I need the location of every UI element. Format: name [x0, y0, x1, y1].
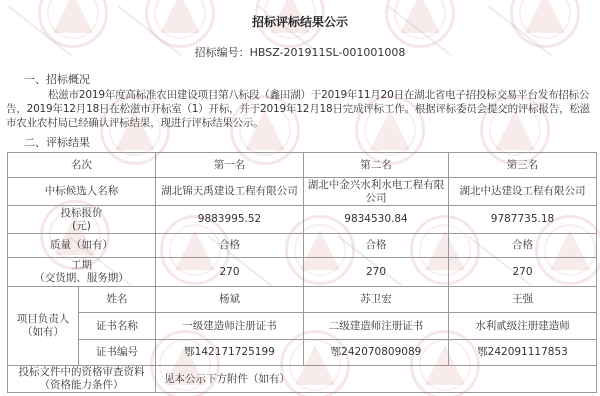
- candidate-first: 湖北锦天禹建设工程有限公司: [156, 178, 304, 206]
- cert-no-third: 鄂242091117853: [449, 340, 597, 366]
- table-row-manager-name: 项目负责人（如有） 姓名 杨斌 苏卫宏 王强: [8, 287, 597, 313]
- table-row-candidate: 中标候选人名称 湖北锦天禹建设工程有限公司 湖北中金兴水利水电工程有限公司 湖北…: [8, 178, 597, 206]
- price-label-line2: (元): [10, 220, 153, 233]
- manager-name-label: 姓名: [79, 287, 156, 313]
- table-row-cert-name: 证书名称 一级建造师注册证书 二级建造师注册证书 水利贰级注册建造师: [8, 313, 597, 340]
- header-first: 第一名: [156, 153, 304, 178]
- price-third: 9787735.18: [449, 206, 597, 234]
- cert-no-label: 证书编号: [79, 340, 156, 366]
- price-label: 投标报价(元): [8, 206, 156, 234]
- table-row-qualification: 投标文件中的资格审查资料（资格能力条件） 见本公示下方附件（如有）: [8, 366, 597, 393]
- qualification-value: 见本公示下方附件（如有）: [156, 366, 597, 393]
- period-label-line2: （交货期、服务期）: [10, 272, 153, 285]
- section-heading-overview: 一、招标概况: [24, 71, 90, 87]
- cert-no-first: 鄂142171725199: [156, 340, 304, 366]
- candidate-label: 中标候选人名称: [8, 178, 156, 206]
- price-second: 9834530.84: [304, 206, 449, 234]
- table-row-quality: 质量（如有） 合格 合格 合格: [8, 234, 597, 258]
- period-second: 270: [304, 258, 449, 287]
- qualification-label-line1: 投标文件中的资格审查资料: [10, 366, 153, 379]
- quality-label: 质量（如有）: [8, 234, 156, 258]
- manager-name-second: 苏卫宏: [304, 287, 449, 313]
- bid-code: 招标编号：HBSZ-201911SL-001001008: [0, 44, 600, 60]
- table-row-header: 名次 第一名 第二名 第三名: [8, 153, 597, 178]
- quality-second: 合格: [304, 234, 449, 258]
- cert-name-second: 二级建造师注册证书: [304, 313, 449, 340]
- bid-code-label: 招标编号：: [195, 46, 250, 59]
- page-title: 招标评标结果公示: [0, 13, 600, 30]
- period-third: 270: [449, 258, 597, 287]
- cert-name-third: 水利贰级注册建造师: [449, 313, 597, 340]
- bid-code-value: HBSZ-201911SL-001001008: [250, 46, 406, 59]
- price-label-line1: 投标报价: [10, 207, 153, 220]
- manager-name-first: 杨斌: [156, 287, 304, 313]
- qualification-label-line2: （资格能力条件）: [10, 379, 153, 392]
- header-rank-label: 名次: [8, 153, 156, 178]
- header-second: 第二名: [304, 153, 449, 178]
- candidate-third: 湖北中达建设工程有限公司: [449, 178, 597, 206]
- period-label-line1: 工期: [10, 259, 153, 272]
- header-third: 第三名: [449, 153, 597, 178]
- table-row-cert-no: 证书编号 鄂142171725199 鄂242070809089 鄂242091…: [8, 340, 597, 366]
- quality-third: 合格: [449, 234, 597, 258]
- quality-first: 合格: [156, 234, 304, 258]
- overview-paragraph: 松滋市2019年度高标准农田建设项目第八标段（鑫田湖）于2019年11月20日在…: [6, 88, 596, 130]
- candidate-second: 湖北中金兴水利水电工程有限公司: [304, 178, 449, 206]
- period-first: 270: [156, 258, 304, 287]
- table-row-period: 工期（交货期、服务期） 270 270 270: [8, 258, 597, 287]
- cert-no-second: 鄂242070809089: [304, 340, 449, 366]
- table-row-price: 投标报价(元) 9883995.52 9834530.84 9787735.18: [8, 206, 597, 234]
- price-first: 9883995.52: [156, 206, 304, 234]
- section-heading-results: 二、评标结果: [24, 134, 90, 150]
- period-label: 工期（交货期、服务期）: [8, 258, 156, 287]
- qualification-label: 投标文件中的资格审查资料（资格能力条件）: [8, 366, 156, 393]
- cert-name-first: 一级建造师注册证书: [156, 313, 304, 340]
- cert-name-label: 证书名称: [79, 313, 156, 340]
- manager-label: 项目负责人（如有）: [8, 287, 79, 366]
- results-table: 名次 第一名 第二名 第三名 中标候选人名称 湖北锦天禹建设工程有限公司 湖北中…: [7, 152, 597, 393]
- manager-name-third: 王强: [449, 287, 597, 313]
